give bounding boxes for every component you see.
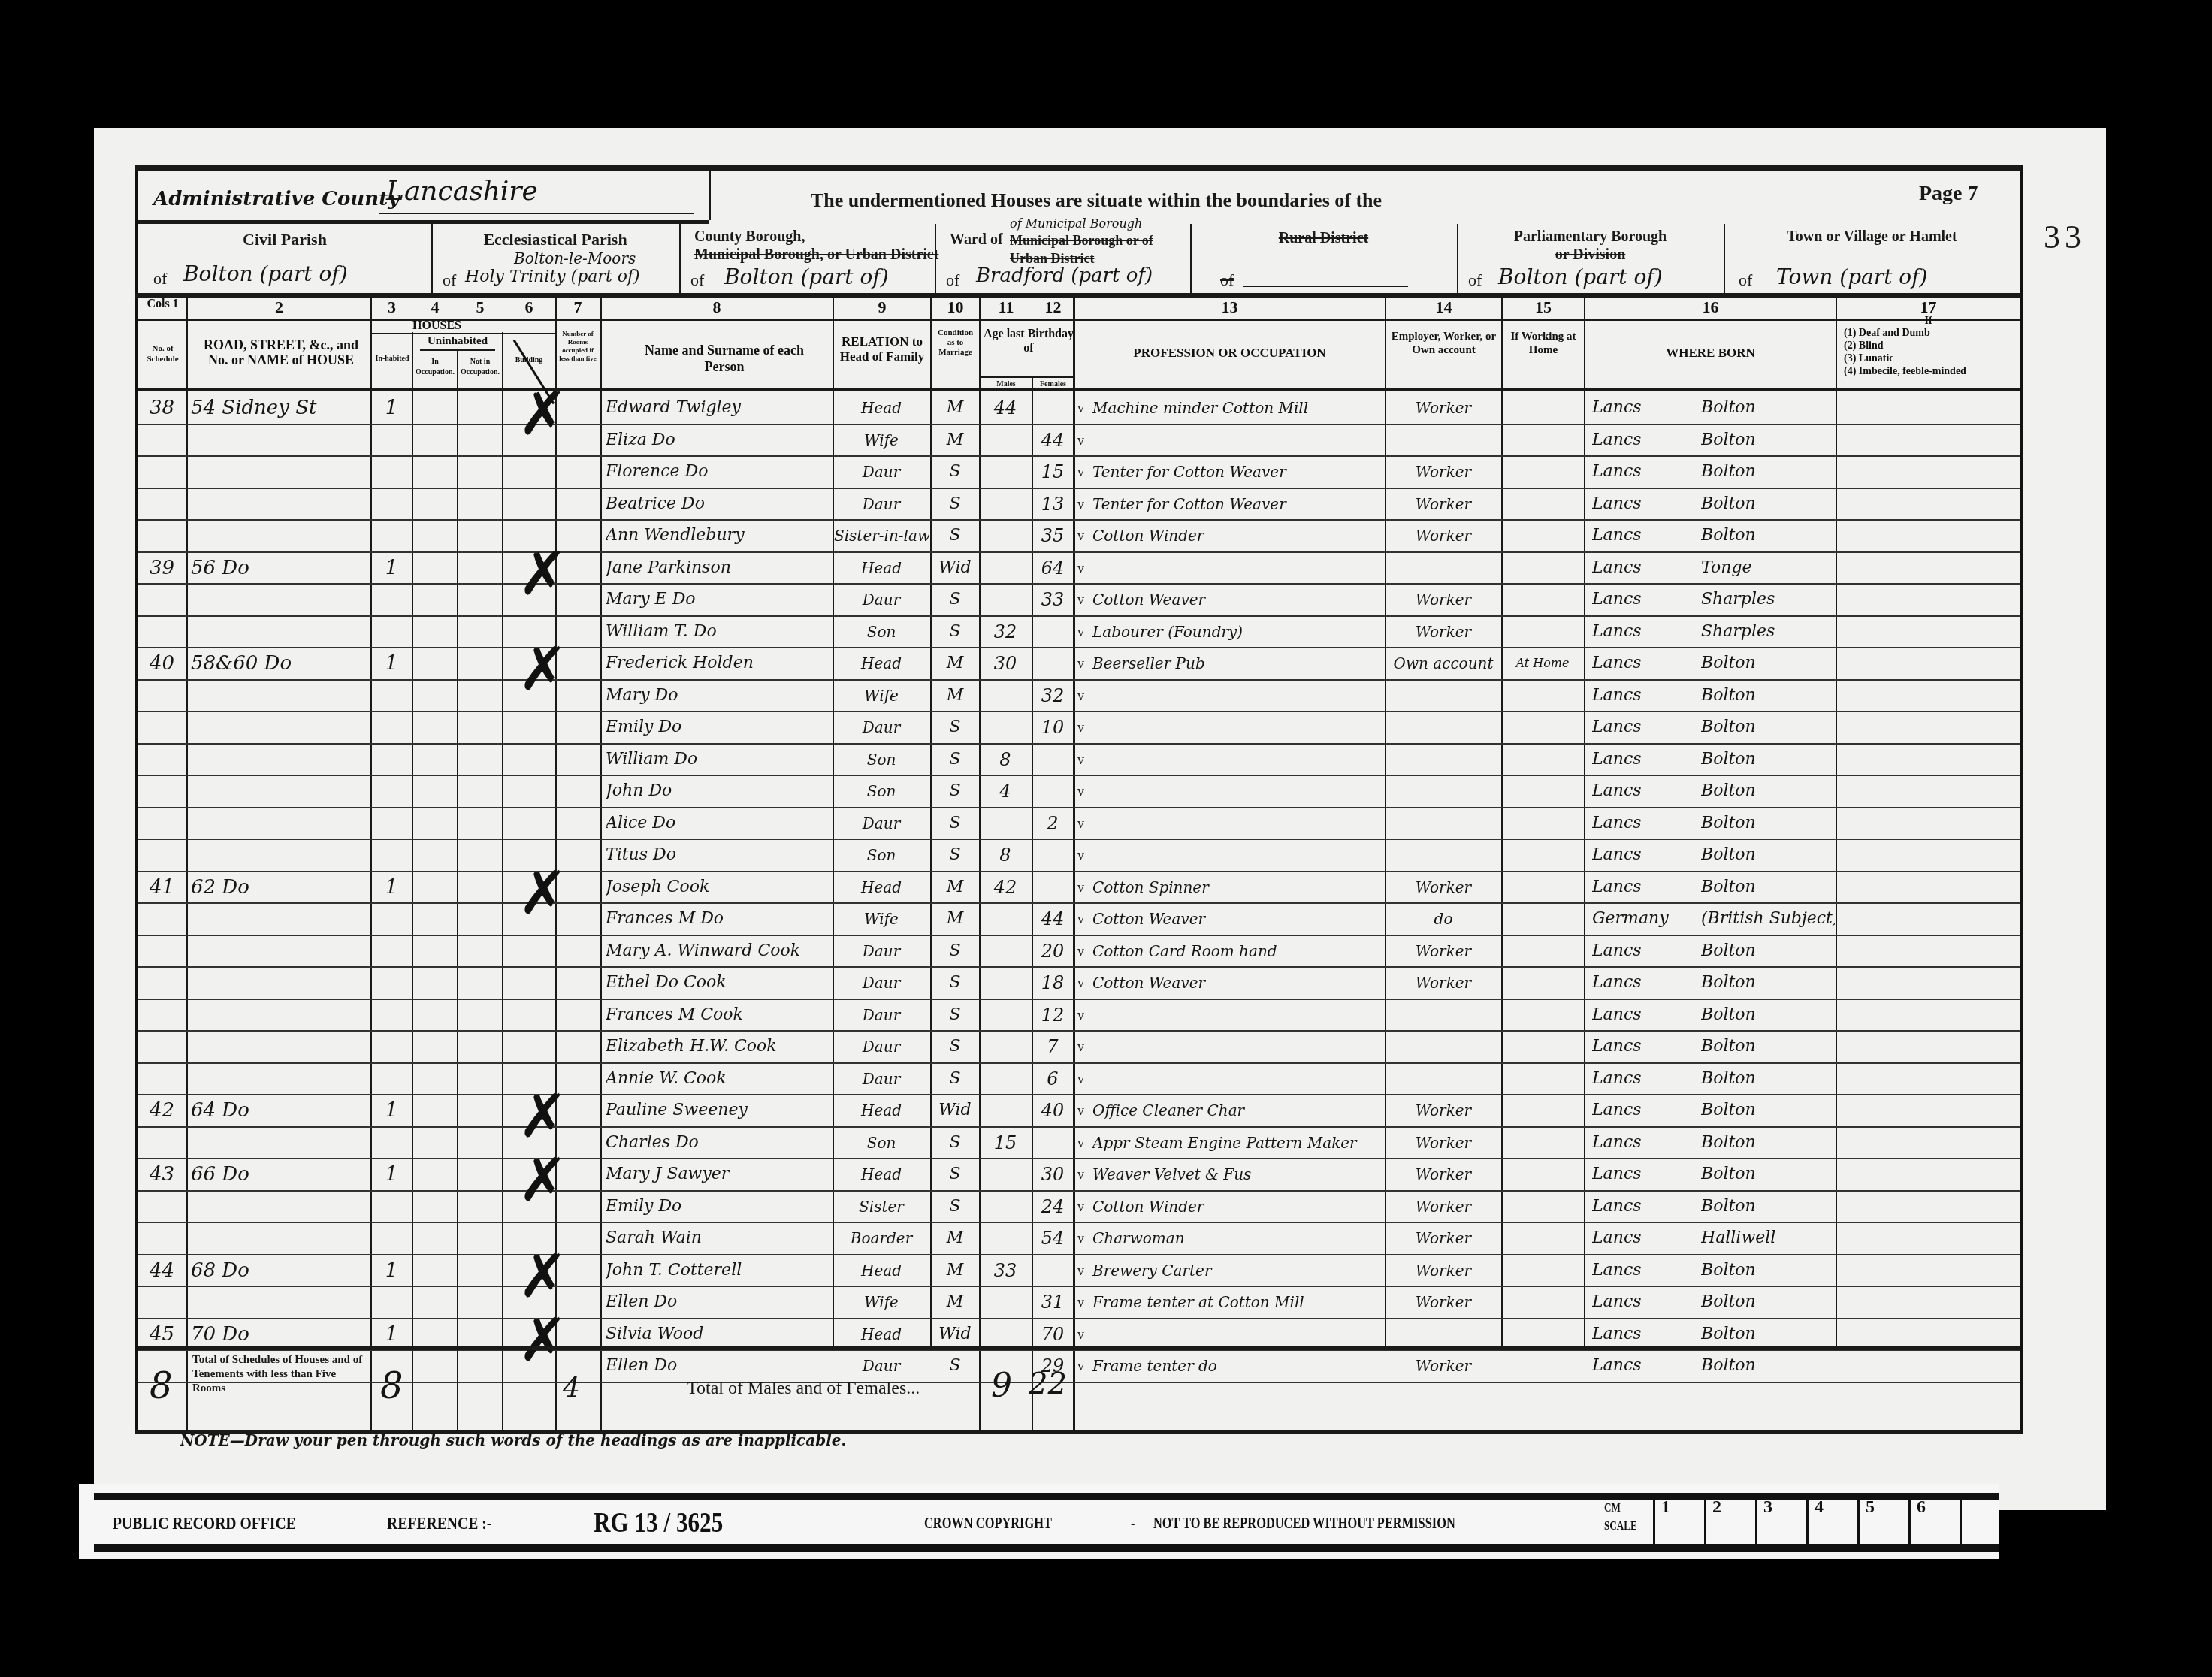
birth-place: Sharples	[1701, 615, 1835, 647]
working-at-home	[1503, 966, 1582, 998]
relation-to-head: Head	[834, 1254, 929, 1286]
check-mark: v	[1077, 1062, 1091, 1094]
address	[191, 935, 367, 966]
schedule-number	[138, 838, 186, 870]
person-name: Jane Parkinson	[606, 551, 831, 583]
employment-status	[1387, 1030, 1500, 1062]
address	[191, 424, 367, 455]
table-row: 4366 Do1Mary J SawyerHeadS30Weaver Velve…	[138, 1158, 2020, 1192]
occupation: Charwoman	[1092, 1222, 1384, 1253]
rooms-count	[555, 583, 600, 615]
marital-condition: Wid	[932, 1318, 978, 1349]
rooms-count	[555, 679, 600, 711]
check-mark: v	[1077, 391, 1091, 423]
birth-county: Lancs	[1592, 1286, 1682, 1317]
total-males-females-label: Total of Males and of Females...	[687, 1379, 920, 1399]
address	[191, 615, 367, 647]
female-age: 70	[1033, 1318, 1072, 1349]
check-mark: v	[1077, 807, 1091, 838]
birth-county: Lancs	[1592, 519, 1682, 551]
occupation: Frame tenter at Cotton Mill	[1092, 1286, 1384, 1317]
person-name: Frances M Cook	[606, 999, 831, 1030]
person-name: Pauline Sweeney	[606, 1094, 831, 1126]
address: 58&60 Do	[191, 647, 367, 678]
female-age	[1033, 615, 1072, 647]
employment-status: Worker	[1387, 615, 1500, 647]
form-note: NOTE—Draw your pen through such words of…	[180, 1431, 847, 1449]
inhabited-count	[371, 679, 412, 711]
female-age	[1033, 391, 1072, 423]
birth-place: Bolton	[1701, 391, 1835, 423]
person-name: Joseph Cook	[606, 871, 831, 902]
birth-county: Lancs	[1592, 1158, 1682, 1189]
marital-condition: S	[932, 488, 978, 519]
address	[191, 999, 367, 1030]
birth-place: Bolton	[1701, 999, 1835, 1030]
birth-place: Bolton	[1701, 743, 1835, 775]
birth-county: Lancs	[1592, 1062, 1682, 1094]
marital-condition: S	[932, 775, 978, 806]
female-age: 44	[1033, 424, 1072, 455]
occupation: Appr Steam Engine Pattern Maker	[1092, 1126, 1384, 1158]
address: 62 Do	[191, 871, 367, 902]
page-number: Page 7	[1919, 182, 1978, 206]
birth-place: Bolton	[1701, 1190, 1835, 1222]
check-mark: v	[1077, 775, 1091, 806]
marital-condition: S	[932, 999, 978, 1030]
scale-mark: 3	[1755, 1497, 1805, 1544]
relation-to-head: Daur	[834, 711, 929, 742]
schedule-number	[138, 615, 186, 647]
archive-office: PUBLIC RECORD OFFICE	[113, 1514, 296, 1534]
relation-to-head: Head	[834, 1158, 929, 1189]
total-males: 9	[991, 1367, 1012, 1405]
scale-mark: 4	[1806, 1497, 1856, 1544]
female-age: 40	[1033, 1094, 1072, 1126]
civil-parish: Civil Parish of Bolton (part of)	[138, 224, 433, 295]
inhabited-count	[371, 935, 412, 966]
birth-county: Lancs	[1592, 838, 1682, 870]
occupation: Cotton Weaver	[1092, 902, 1384, 934]
inhabited-count	[371, 1222, 412, 1253]
table-row: Charles DoSonS15Appr Steam Engine Patter…	[138, 1126, 2020, 1160]
female-age	[1033, 1254, 1072, 1286]
total-schedules: 8	[150, 1365, 173, 1407]
form-frame: Administrative County Lancashire The und…	[135, 165, 2023, 1434]
birth-county: Lancs	[1592, 1094, 1682, 1126]
total-rooms: 4	[563, 1373, 580, 1404]
check-mark: v	[1077, 1254, 1091, 1286]
male-age	[981, 1158, 1030, 1189]
inhabited-count: 1	[371, 871, 412, 902]
birth-county: Lancs	[1592, 807, 1682, 838]
schedule-number: 39	[138, 551, 186, 583]
address	[191, 679, 367, 711]
male-age	[981, 488, 1030, 519]
relation-to-head: Son	[834, 615, 929, 647]
employment-status	[1387, 775, 1500, 806]
table-row: Ethel Do CookDaurS18Cotton WeaverWorkerL…	[138, 966, 2020, 1000]
top-rule	[135, 165, 2021, 171]
check-mark: v	[1077, 1126, 1091, 1158]
county-borough: County Borough, Municipal Borough, or Ur…	[679, 224, 936, 295]
rooms-count	[555, 775, 600, 806]
person-name: Mary J Sawyer	[606, 1158, 831, 1189]
birth-county: Lancs	[1592, 711, 1682, 742]
schedule-number	[138, 583, 186, 615]
check-mark: v	[1077, 1318, 1091, 1349]
rooms-count	[555, 424, 600, 455]
person-name: Silvia Wood	[606, 1318, 831, 1349]
check-mark: v	[1077, 966, 1091, 998]
marital-condition: M	[932, 679, 978, 711]
working-at-home	[1503, 424, 1582, 455]
birth-place: Bolton	[1701, 679, 1835, 711]
schedule-number	[138, 1126, 186, 1158]
address	[191, 488, 367, 519]
person-name: Sarah Wain	[606, 1222, 831, 1253]
birth-place: Bolton	[1701, 647, 1835, 678]
relation-to-head: Daur	[834, 966, 929, 998]
working-at-home	[1503, 935, 1582, 966]
working-at-home	[1503, 519, 1582, 551]
employment-status: Worker	[1387, 1222, 1500, 1253]
person-name: William T. Do	[606, 615, 831, 647]
occupation	[1092, 424, 1384, 455]
check-mark: v	[1077, 711, 1091, 742]
address	[191, 711, 367, 742]
check-mark: v	[1077, 455, 1091, 487]
rooms-count	[555, 1190, 600, 1222]
occupation: Cotton Winder	[1092, 1190, 1384, 1222]
male-age	[981, 424, 1030, 455]
working-at-home	[1503, 838, 1582, 870]
schedule-number: 41	[138, 871, 186, 902]
table-row: Mary A. Winward CookDaurS20Cotton Card R…	[138, 935, 2020, 968]
table-row: Emily DoDaurS10LancsBoltonv	[138, 711, 2020, 745]
working-at-home	[1503, 902, 1582, 934]
male-age	[981, 583, 1030, 615]
occupation	[1092, 551, 1384, 583]
female-age	[1033, 647, 1072, 678]
birth-place: Bolton	[1701, 1126, 1835, 1158]
female-age: 30	[1033, 1158, 1072, 1189]
birth-place: Sharples	[1701, 583, 1835, 615]
address	[191, 743, 367, 775]
occupation	[1092, 775, 1384, 806]
rooms-count	[555, 455, 600, 487]
birth-place: Bolton	[1701, 838, 1835, 870]
person-name: Charles Do	[606, 1126, 831, 1158]
birth-county: Lancs	[1592, 935, 1682, 966]
working-at-home	[1503, 1318, 1582, 1349]
marital-condition: Wid	[932, 1094, 978, 1126]
employment-status: Own account	[1387, 647, 1500, 678]
marital-condition: Wid	[932, 551, 978, 583]
person-name: Ann Wendlebury	[606, 519, 831, 551]
totals-row: 8 Total of Schedules of Houses and of Te…	[138, 1350, 2020, 1431]
table-row: Annie W. CookDaurS6LancsBoltonv	[138, 1062, 2020, 1096]
occupation: Beerseller Pub	[1092, 647, 1384, 678]
birth-place: Bolton	[1701, 711, 1835, 742]
birth-place: (British Subject)	[1701, 902, 1835, 934]
employment-status: do	[1387, 902, 1500, 934]
inhabited-count	[371, 902, 412, 934]
female-age: 18	[1033, 966, 1072, 998]
birth-county: Lancs	[1592, 1030, 1682, 1062]
table-row: Eliza DoWifeM44LancsBoltonv	[138, 424, 2020, 458]
marital-condition: S	[932, 1126, 978, 1158]
marital-condition: S	[932, 1190, 978, 1222]
person-name: Ethel Do Cook	[606, 966, 831, 998]
person-name: William Do	[606, 743, 831, 775]
check-mark: v	[1077, 1286, 1091, 1317]
schedule-number	[138, 1286, 186, 1317]
marital-condition: S	[932, 711, 978, 742]
marital-condition: M	[932, 1222, 978, 1253]
working-at-home	[1503, 1158, 1582, 1189]
marital-condition: S	[932, 935, 978, 966]
relation-to-head: Head	[834, 551, 929, 583]
female-age: 13	[1033, 488, 1072, 519]
address	[191, 838, 367, 870]
occupation	[1092, 743, 1384, 775]
schedule-number	[138, 1190, 186, 1222]
occupation: Cotton Weaver	[1092, 583, 1384, 615]
female-age	[1033, 838, 1072, 870]
birth-county: Lancs	[1592, 1126, 1682, 1158]
male-age: 15	[981, 1126, 1030, 1158]
schedule-number: 40	[138, 647, 186, 678]
rooms-count	[555, 966, 600, 998]
male-age	[981, 455, 1030, 487]
working-at-home	[1503, 743, 1582, 775]
relation-to-head: Head	[834, 1094, 929, 1126]
check-mark: v	[1077, 1158, 1091, 1189]
working-at-home	[1503, 1222, 1582, 1253]
female-age	[1033, 775, 1072, 806]
inhabited-count	[371, 455, 412, 487]
employment-status	[1387, 551, 1500, 583]
copyright-label: CROWN COPYRIGHT	[924, 1515, 1052, 1533]
inhabited-count	[371, 838, 412, 870]
rooms-count	[555, 902, 600, 934]
address	[191, 1126, 367, 1158]
male-age: 8	[981, 838, 1030, 870]
check-mark: v	[1077, 902, 1091, 934]
occupation: Machine minder Cotton Mill	[1092, 391, 1384, 423]
table-row: Elizabeth H.W. CookDaurS7LancsBoltonv	[138, 1030, 2020, 1064]
marital-condition: M	[932, 871, 978, 902]
person-name: Edward Twigley	[606, 391, 831, 423]
inhabited-count: 1	[371, 391, 412, 423]
birth-county: Lancs	[1592, 424, 1682, 455]
rooms-count	[555, 999, 600, 1030]
male-age	[981, 807, 1030, 838]
birth-place: Halliwell	[1701, 1222, 1835, 1253]
occupation: Cotton Card Room hand	[1092, 935, 1384, 966]
address	[191, 1062, 367, 1094]
relation-to-head: Son	[834, 1126, 929, 1158]
birth-county: Lancs	[1592, 743, 1682, 775]
admin-county-value: Lancashire	[386, 176, 538, 207]
working-at-home	[1503, 775, 1582, 806]
female-age: 7	[1033, 1030, 1072, 1062]
relation-to-head: Head	[834, 647, 929, 678]
reference-label: REFERENCE :-	[387, 1514, 491, 1534]
male-age	[981, 711, 1030, 742]
female-age: 64	[1033, 551, 1072, 583]
admin-county-box: Administrative County Lancashire	[138, 171, 711, 220]
table-row: 4468 Do1John T. CotterellHeadM33Brewery …	[138, 1254, 2020, 1288]
schedule-number	[138, 455, 186, 487]
schedule-number	[138, 775, 186, 806]
inhabited-count	[371, 807, 412, 838]
working-at-home	[1503, 1286, 1582, 1317]
female-age: 44	[1033, 902, 1072, 934]
marital-condition: M	[932, 902, 978, 934]
scale-mark: 5	[1857, 1497, 1907, 1544]
infirmity-legend: (1) Deaf and Dumb (2) Blind (3) Lunatic …	[1844, 327, 2017, 378]
check-mark: v	[1077, 424, 1091, 455]
male-age: 44	[981, 391, 1030, 423]
relation-to-head: Daur	[834, 583, 929, 615]
birth-place: Bolton	[1701, 871, 1835, 902]
male-age	[981, 1094, 1030, 1126]
person-name: Emily Do	[606, 1190, 831, 1222]
working-at-home	[1503, 1190, 1582, 1222]
schedule-number	[138, 424, 186, 455]
birth-county: Lancs	[1592, 551, 1682, 583]
employment-status: Worker	[1387, 519, 1500, 551]
female-age: 6	[1033, 1062, 1072, 1094]
marital-condition: S	[932, 1158, 978, 1189]
marital-condition: M	[932, 424, 978, 455]
female-age: 2	[1033, 807, 1072, 838]
schedule-number	[138, 999, 186, 1030]
employment-status: Worker	[1387, 1126, 1500, 1158]
male-age: 32	[981, 615, 1030, 647]
occupation	[1092, 1030, 1384, 1062]
working-at-home	[1503, 711, 1582, 742]
relation-to-head: Head	[834, 871, 929, 902]
person-name: Mary A. Winward Cook	[606, 935, 831, 966]
employment-status: Worker	[1387, 1254, 1500, 1286]
male-age	[981, 1190, 1030, 1222]
relation-to-head: Son	[834, 838, 929, 870]
employment-status	[1387, 743, 1500, 775]
birth-place: Bolton	[1701, 966, 1835, 998]
female-age	[1033, 1126, 1072, 1158]
scale-mark: 2	[1704, 1497, 1754, 1544]
occupation	[1092, 838, 1384, 870]
address	[191, 1286, 367, 1317]
female-age: 15	[1033, 455, 1072, 487]
check-mark: v	[1077, 1030, 1091, 1062]
boundaries-text: The undermentioned Houses are situate wi…	[811, 189, 1382, 212]
birth-place: Tonge	[1701, 551, 1835, 583]
inhabited-count	[371, 711, 412, 742]
male-age	[981, 1318, 1030, 1349]
female-age	[1033, 871, 1072, 902]
inhabited-count	[371, 966, 412, 998]
schedule-number: 38	[138, 391, 186, 423]
schedule-number	[138, 935, 186, 966]
occupation: Cotton Weaver	[1092, 966, 1384, 998]
employment-status: Worker	[1387, 1094, 1500, 1126]
inhabited-count	[371, 583, 412, 615]
birth-place: Bolton	[1701, 455, 1835, 487]
person-name: Titus Do	[606, 838, 831, 870]
relation-to-head: Daur	[834, 807, 929, 838]
table-row: Florence DoDaurS15Tenter for Cotton Weav…	[138, 455, 2020, 489]
inhabited-count	[371, 615, 412, 647]
inhabited-count	[371, 424, 412, 455]
table-row: Ellen DoWifeM31Frame tenter at Cotton Mi…	[138, 1286, 2020, 1319]
inhabited-count: 1	[371, 551, 412, 583]
employment-status: Worker	[1387, 1286, 1500, 1317]
birth-place: Bolton	[1701, 1094, 1835, 1126]
birth-place: Bolton	[1701, 807, 1835, 838]
birth-place: Bolton	[1701, 1030, 1835, 1062]
address: 64 Do	[191, 1094, 367, 1126]
column-header-row: No. of Schedule ROAD, STREET, &c., and N…	[138, 321, 2020, 388]
inhabited-count: 1	[371, 647, 412, 678]
schedule-number	[138, 488, 186, 519]
table-row: 3854 Sidney St1Edward TwigleyHeadM44Mach…	[138, 391, 2020, 425]
town-village-hamlet: Town or Village or Hamlet of Town (part …	[1724, 224, 2020, 295]
female-age	[1033, 743, 1072, 775]
person-name: Beatrice Do	[606, 488, 831, 519]
birth-place: Bolton	[1701, 488, 1835, 519]
inhabited-count	[371, 1062, 412, 1094]
birth-county: Lancs	[1592, 455, 1682, 487]
table-row: Ann WendleburySister-in-lawS35Cotton Win…	[138, 519, 2020, 553]
working-at-home	[1503, 615, 1582, 647]
relation-to-head: Son	[834, 743, 929, 775]
male-age: 33	[981, 1254, 1030, 1286]
inhabited-count	[371, 1286, 412, 1317]
female-age: 54	[1033, 1222, 1072, 1253]
relation-to-head: Daur	[834, 1062, 929, 1094]
address	[191, 519, 367, 551]
employment-status: Worker	[1387, 583, 1500, 615]
check-mark: v	[1077, 1222, 1091, 1253]
male-age	[981, 902, 1030, 934]
birth-county: Lancs	[1592, 871, 1682, 902]
schedule-number	[138, 902, 186, 934]
check-mark: v	[1077, 1094, 1091, 1126]
relation-to-head: Boarder	[834, 1222, 929, 1253]
schedule-number	[138, 679, 186, 711]
employment-status: Worker	[1387, 455, 1500, 487]
birth-place: Bolton	[1701, 775, 1835, 806]
inhabited-count	[371, 743, 412, 775]
inhabited-count	[371, 488, 412, 519]
inhabited-count: 1	[371, 1094, 412, 1126]
table-row: Titus DoSonS8LancsBoltonv	[138, 838, 2020, 872]
table-row: Frances M CookDaurS12LancsBoltonv	[138, 999, 2020, 1032]
relation-to-head: Wife	[834, 424, 929, 455]
parliamentary-borough-value: Bolton (part of)	[1498, 264, 1663, 289]
table-row: 4162 Do1Joseph CookHeadM42Cotton Spinner…	[138, 871, 2020, 905]
male-age	[981, 935, 1030, 966]
reference-number: RG 13 / 3625	[594, 1506, 723, 1540]
male-age	[981, 1286, 1030, 1317]
marital-condition: M	[932, 391, 978, 423]
marital-condition: S	[932, 455, 978, 487]
address	[191, 1190, 367, 1222]
